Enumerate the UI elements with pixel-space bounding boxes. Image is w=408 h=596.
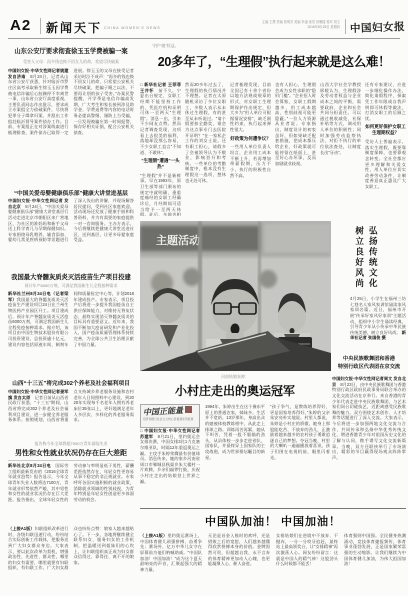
main-subhead-1: “生理假”遭遇“一头热” [140, 158, 181, 170]
headline-xuyuyu: 山东公安厅要求彻查徐玉玉学费被骗一案 [8, 46, 134, 55]
photo-children-reading: 主题活动 [140, 221, 331, 371]
vertical-headline: 弘扬传统文化 树立良好风尚 [352, 226, 379, 290]
text-continuation: 妇联组织改革进行时，各级妇联迅速行动，纷纷结合实际创新工作载体，把服务送到广大妇… [8, 526, 134, 570]
subhead-vaccine: 预计年产6000万剂，可满足我国新生儿全程接种需求 [8, 283, 134, 289]
section-subtitle: CHINA WOMEN'S NEWS [104, 26, 161, 30]
main-col1-text-a: 前不久，宁夏出台规定，女职工经期不能坚持工作的，凭医疗机构证明可休一至两天“生理… [140, 88, 181, 155]
jiayou-col-1: （上接A1版）里约奥运赛场上，中国体育健儿顽强拼搏、奋勇争先；赛场外，亿万中华儿… [140, 533, 202, 596]
zhuting-col-1: 中国正能量 培育和践行社会主义核心价值观系列报道 □ 中国妇女报·中华女性网记者… [140, 404, 200, 506]
headline-shanxi: 山西“十三五”将完成302个养老及社会福利项目 [8, 378, 134, 387]
text-xuyuyu: 8月24日，记者从山东省公安厅获悉，针对临沂市罗庄区高考录取新生徐玉玉因学费被电… [8, 68, 134, 135]
vertical-headline-line1: 弘扬传统文化 [368, 226, 378, 289]
main-subhead-3: 如何更好保护女职工生理期权益？ [365, 124, 406, 136]
jiayou-col-2: 无论是首金入账时的欢呼，还是惜败之后的宽慰，人们越来越懂得欣赏拼搏本身的价值。金… [208, 533, 270, 596]
lead-jiayou: （上接A1版） [140, 533, 167, 538]
date-line: 2016年8月25日 星期四 [225, 25, 340, 30]
logo-seal [185, 406, 192, 413]
jiayou-col-4: 体育强则中国强。全民健身热潮涌动，竞技体育捷报频传，体育事业蓬勃发展，正是国家繁… [344, 533, 406, 596]
header-rule [8, 38, 400, 39]
jiayou-col-3: 女排姑娘们在逆境中不放弃、不抛弃，一分一分咬牙追赶，最终站上最高领奖台，让“女排… [276, 533, 338, 596]
text-ensemble: 8月23日，由中央民族歌舞团与香港特别行政区政府民政事务局联合举办的文化交流活动… [332, 382, 406, 460]
main-col6-text-b: 受访人士普遍表示，落实生理假，既要靠制度保障，也要靠观念转变。全社会都应更多理解… [365, 139, 406, 189]
body-shanxi: 中国妇女报·中华女性网记者姜军旗 发自太原 记者日前从山西省民政厅获悉，“十三五… [8, 389, 134, 433]
caption-text: 4月25日，小学生在福州三坊七巷名人家风家训馆诵读家风家训名篇。近日，福州市开展… [350, 296, 406, 335]
text-vaccine: 我国最大的脊髓灰质炎灭活疫苗生产建设项目24日在兰州生物医药产业园区开工。项目建… [8, 291, 134, 347]
lead-continuation: （上接A1版） [8, 526, 35, 531]
jiayou-rule [140, 508, 406, 509]
headline-ensemble: 中央民族歌舞团和香港 特别行政区代表团在京交流 [332, 356, 406, 372]
employment-rule [8, 460, 134, 461]
main-col-3: 记者梳理发现，目前全国已有十余个省份以地方法规或规章的形式，对女职工生理期保护作… [230, 82, 271, 216]
main-col-4: 也有人担心，生理假会成为女性求职的“隐形门槛”。“企业招人时会算账，女职工假期越… [275, 82, 316, 216]
staff-box: 主编 王慧 责编 张明芳 美编 李凌 视觉 田珊檑 校对 刘文 2016年8月2… [225, 20, 340, 30]
headline-employment: 男性和女性就业状况仍存在巨大差距 [8, 448, 134, 458]
jiayou-text-1: 里约奥运赛场上，中国体育健儿顽强拼搏、奋勇争先；赛场外，亿万中华儿女守在屏幕前为… [140, 533, 202, 572]
header-divider [40, 18, 41, 34]
main-col-1: □ 新华社记者 王菲菲 王井怀 前不久，宁夏出台规定，女职工经期不能坚持工作的，… [140, 82, 181, 216]
kicker-main: 守护“她”权益。 [152, 43, 179, 49]
main-col-5: 山西大学社会学教授邢媛认为，生理假涉及劳动者权益与企业成本之间的平衡，需要政府、… [320, 82, 361, 216]
main-col1-text-b: “生理假”并不是新鲜事。早在1993年，原卫生部等部门颁布的规定中就明确，患重度… [140, 173, 181, 216]
positive-energy-logo: 中国正能量 培育和践行社会主义核心价值观系列报道 [140, 404, 200, 428]
ensemble-headline-line1: 中央民族歌舞团和香港 [332, 356, 406, 364]
text-club: 8月24日，“中国关爱母婴健康俱乐部”健康大讲堂基层行活动走进北京市朝阳区来广营… [8, 198, 134, 242]
body-club: 中国妇女报·中华女性网记者 发自北京 8月24日，“中国关爱母婴健康俱乐部”健康… [8, 198, 134, 262]
body-ensemble: 中国妇女报·中华女性网记者周文 发自北京 8月23日，由中央民族歌舞团与香港特别… [332, 376, 406, 506]
masthead-logo: 中国妇女报 [350, 19, 405, 36]
body-xuyuyu: 中国妇女报·中华女性网记者姚建 发自济南 8月24日，记者从山东省公安厅获悉，针… [8, 68, 134, 174]
main-col3-text-a: 记者梳理发现，目前全国已有十余个省份以地方法规或规章的形式，对女职工生理期保护作… [230, 82, 271, 132]
main-col-6: 还有专家建议，应进一步细化操作办法，简化请假程序，探索凭工作年限或自我声明即可休… [365, 82, 406, 216]
main-col3-text-b: 一些用人单位负责人坦言，企业用工成本不断上升，若再增加带薪假期，压力不小，执行的… [230, 144, 271, 177]
headline-main: 20多年了，“生理假”执行起来就是这么难！ [140, 52, 408, 70]
headline-jiayou: 中国队加油！ 中国加油！ [140, 513, 406, 529]
main-col6-text-a: 还有专家建议，应进一步细化操作办法，简化请假程序，探索凭工作年限或自我声明即可休… [365, 82, 406, 121]
ensemble-headline-line2: 特别行政区代表团在京交流 [332, 364, 406, 372]
newspaper-page: A2 新闻天下 CHINA WOMEN'S NEWS 主编 王慧 责编 张明芳 … [0, 0, 408, 596]
main-col-2: 然而20多年过去了，生理假的执行情况并不理想。记者在太原随机采访了多位女职工，多… [185, 82, 226, 216]
headline-zhuting: 小村庄走出的奥运冠军 [140, 382, 330, 399]
main-subhead-2: 好政策为何遭争议？ [230, 136, 271, 142]
zhuting-text-1: 8月21日，里约奥运会女排决赛，中国女排3比1力克塞尔维亚队，时隔12年重返奥运… [140, 434, 200, 484]
byline-employment: 新华社北京8月24日电 [8, 463, 55, 468]
kicker-zhuting: 河南姑娘朱婷： [140, 374, 330, 380]
subhead-xuyuyu: 受害人父母：再多钱也换不回女儿的命，希望尽快破案 [8, 59, 134, 65]
logo-title: 中国正能量 [143, 405, 184, 418]
news-photo: 主题活动 [140, 221, 331, 371]
text-employment: 国际劳工组织最新发布的《2016全球青年就业趋势》报告显示，今年全球青年失业人数… [8, 463, 134, 502]
body-continuation-left: （上接A1版）妇联组织改革进行时，各级妇联迅速行动，纷纷结合实际创新工作载体，把… [8, 526, 134, 596]
section-title: 新闻天下 [46, 19, 102, 36]
masthead-divider [345, 19, 346, 34]
page-number: A2 [10, 17, 31, 34]
zhuting-col-3: “孩子争气，是教练培养得好，更是国家培养得好。”朱婷的父亲朱安亮朴实地说。村里人… [270, 404, 330, 506]
kicker-employment: 报告称今年全球将超7000万青年面临失业 [8, 441, 134, 447]
zhuting-col-2: 1994年，朱婷出生在这个豫东平原上的普通农家，姊妹多，生活并不宽裕。13岁那年… [205, 404, 265, 506]
photo-caption: 4月25日，小学生在福州三坊七巷名人家风家训馆诵读家风家训名篇。近日，福州市开展… [350, 296, 406, 354]
headline-club: “中国关爱母婴健康俱乐部”健康大讲堂进基层 [8, 188, 134, 197]
body-employment: 新华社北京8月24日电 国际劳工组织最新发布的《2016全球青年就业趋势》报告显… [8, 463, 134, 517]
logo-subtitle: 培育和践行社会主义核心价值观系列报道 [143, 418, 197, 422]
headline-vaccine: 我国最大脊髓灰质炎灭活疫苗生产项目投建 [8, 272, 134, 281]
vertical-headline-line2: 树立良好风尚 [355, 226, 365, 289]
body-vaccine: 新华社兰州8月24日电（记者梁军）我国最大的脊髓灰质炎灭活疫苗生产建设项目24日… [8, 291, 134, 369]
photo-banner-text: 主题活动 [156, 233, 200, 247]
